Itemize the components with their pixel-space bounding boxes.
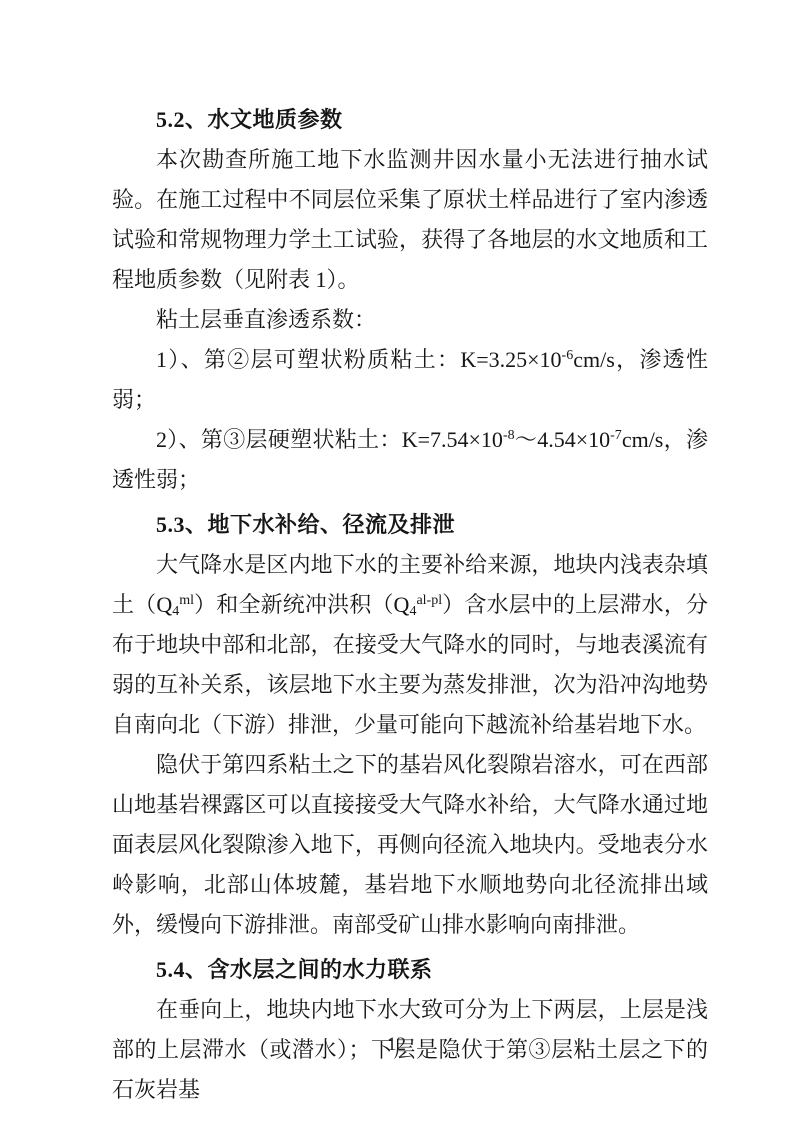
section-heading: 5.2、水文地质参数: [112, 100, 708, 140]
paragraph: 大气降水是区内地下水的主要补给来源，地块内浅表杂填土（Q4ml）和全新统冲洪积（…: [112, 545, 708, 745]
section-heading: 5.3、地下水补给、径流及排泄: [112, 505, 708, 545]
page-number: 12: [387, 1034, 406, 1055]
document-page: 5.2、水文地质参数本次勘查所施工地下水监测井因水量小无法进行抽水试验。在施工过…: [0, 0, 793, 1122]
paragraph: 2）、第③层硬塑状粘土：K=7.54×10-8～4.54×10-7cm/s，渗透…: [112, 420, 708, 500]
paragraph: 1）、第②层可塑状粉质粘土：K=3.25×10-6cm/s，渗透性弱；: [112, 340, 708, 420]
section-heading: 5.4、含水层之间的水力联系: [112, 950, 708, 990]
document-body: 5.2、水文地质参数本次勘查所施工地下水监测井因水量小无法进行抽水试验。在施工过…: [112, 95, 708, 1110]
paragraph: 粘土层垂直渗透系数：: [112, 300, 708, 340]
paragraph: 本次勘查所施工地下水监测井因水量小无法进行抽水试验。在施工过程中不同层位采集了原…: [112, 140, 708, 300]
page-footer: 12: [0, 1030, 793, 1060]
paragraph: 隐伏于第四系粘土之下的基岩风化裂隙岩溶水，可在西部山地基岩裸露区可以直接接受大气…: [112, 745, 708, 945]
